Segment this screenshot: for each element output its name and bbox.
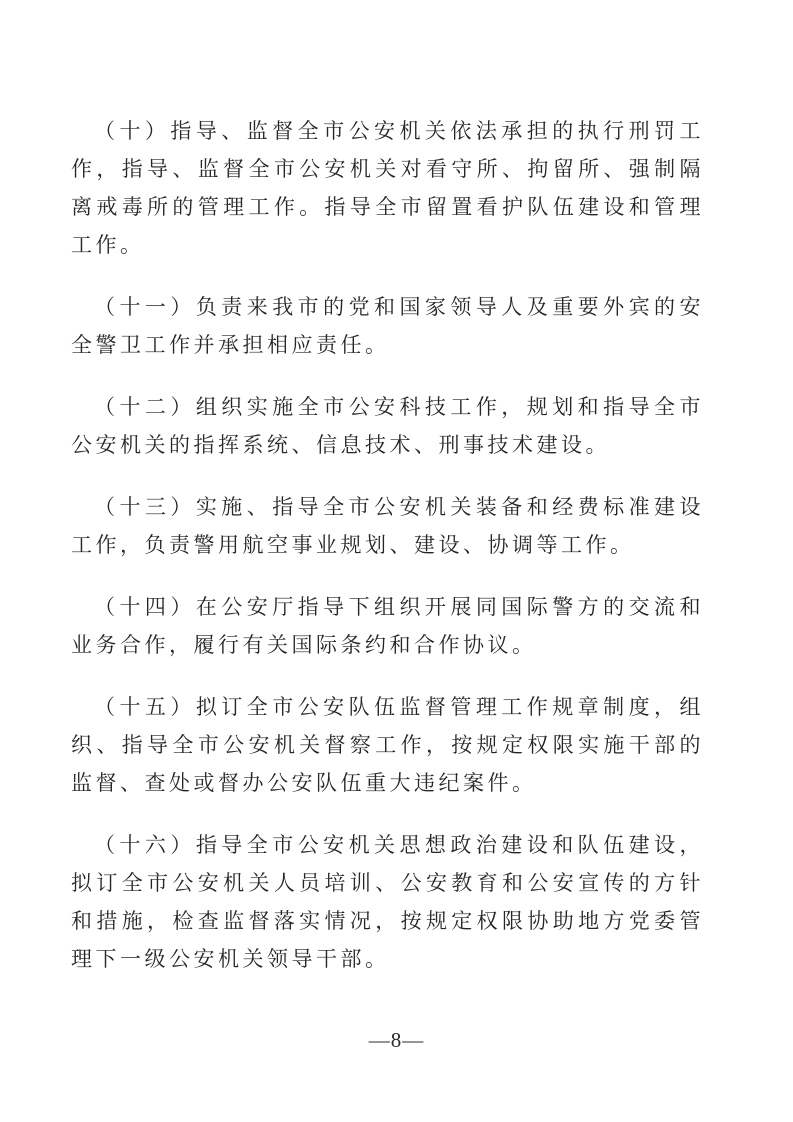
document-page: （十）指导、监督全市公安机关依法承担的执行刑罚工作，指导、监督全市公安机关对看守…: [0, 0, 793, 1122]
body-paragraph-item-12: （十二）组织实施全市公安科技工作，规划和指导全市公安机关的指挥系统、信息技术、刑…: [71, 388, 704, 464]
body-paragraph-item-11: （十一）负责来我市的党和国家领导人及重要外宾的安全警卫工作并承担相应责任。: [71, 288, 704, 364]
document-body: （十）指导、监督全市公安机关依法承担的执行刑罚工作，指导、监督全市公安机关对看守…: [71, 112, 704, 1002]
page-number: —8—: [0, 1028, 793, 1053]
body-paragraph-item-16: （十六）指导全市公安机关思想政治建设和队伍建设，拟订全市公安机关人员培训、公安教…: [71, 826, 704, 978]
body-paragraph-item-10: （十）指导、监督全市公安机关依法承担的执行刑罚工作，指导、监督全市公安机关对看守…: [71, 112, 704, 264]
body-paragraph-item-14: （十四）在公安厅指导下组织开展同国际警方的交流和业务合作，履行有关国际条约和合作…: [71, 588, 704, 664]
body-paragraph-item-15: （十五）拟订全市公安队伍监督管理工作规章制度，组织、指导全市公安机关督察工作，按…: [71, 688, 704, 802]
body-paragraph-item-13: （十三）实施、指导全市公安机关装备和经费标准建设工作，负责警用航空事业规划、建设…: [71, 488, 704, 564]
